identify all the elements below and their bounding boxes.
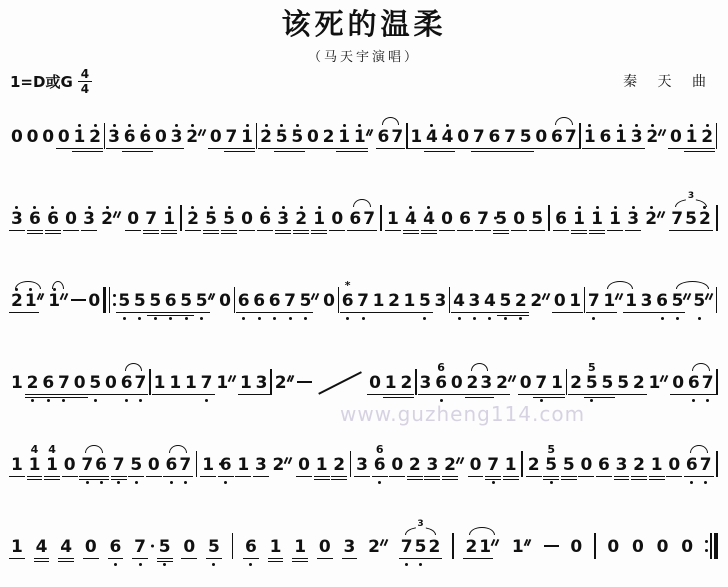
note-number: 3 xyxy=(419,373,433,393)
note-number: 6 xyxy=(164,291,178,311)
note-token: 7 xyxy=(178,444,192,485)
note-number: 7 xyxy=(134,373,148,393)
octave-dot-above-area xyxy=(246,116,249,127)
beam-underline xyxy=(623,312,639,313)
note-number: 1 xyxy=(28,455,42,475)
beam-underline xyxy=(433,394,449,395)
note-token: 1 xyxy=(236,444,250,485)
note-number-wrap: 1 xyxy=(215,373,229,392)
note-number-wrap: 7 xyxy=(57,373,71,392)
note-number: 1 xyxy=(608,209,622,229)
note-token: 4 xyxy=(404,198,418,239)
score: 0000123660320712550211671440767506716132… xyxy=(0,95,728,587)
note-number-wrap: 1 xyxy=(608,209,622,228)
note-number-wrap: 0 xyxy=(469,455,483,474)
beam-underline xyxy=(181,558,197,559)
note-number: 2 xyxy=(632,455,646,475)
beam-underline xyxy=(167,394,183,395)
beam-underline xyxy=(629,148,645,149)
octave-dot-above-area xyxy=(703,198,706,209)
beam-underline xyxy=(27,476,43,477)
note-number-wrap: 2 xyxy=(514,291,528,310)
note-token: 0 xyxy=(512,198,526,239)
note-number: 0 xyxy=(669,127,683,147)
note-token: 6 xyxy=(123,116,137,157)
note-token: 1 xyxy=(239,362,253,403)
note-number: 7 xyxy=(362,209,376,229)
note-number: 6 xyxy=(550,127,564,147)
note-token: 1 xyxy=(384,362,398,403)
octave-dot-below xyxy=(205,399,208,402)
note-number: 5 xyxy=(204,209,218,229)
octave-dot-above-area xyxy=(318,198,321,209)
note-number-wrap: 0 xyxy=(631,537,645,556)
beam-underline xyxy=(238,394,254,395)
note-token: 1 xyxy=(572,198,586,239)
note-number: 3 xyxy=(10,209,24,229)
note-number: 6 xyxy=(268,291,282,311)
note-token: 55 xyxy=(585,362,599,403)
duration-dash xyxy=(297,381,312,383)
note-number-wrap: 6 xyxy=(268,291,282,310)
note-token: 0 xyxy=(182,526,196,567)
beam-underline xyxy=(561,479,577,480)
note-number: 6 xyxy=(237,291,251,311)
octave-dot-below xyxy=(419,563,422,566)
note-number: 1 xyxy=(384,373,398,393)
note-number-wrap: 0 xyxy=(63,455,77,474)
note-token: 3 xyxy=(419,362,433,403)
octave-dot-above-area xyxy=(33,198,36,209)
note-token: 2 xyxy=(466,362,480,403)
note-number: 2 xyxy=(367,537,381,557)
note-number-wrap: 7 xyxy=(400,537,414,556)
beam-underline xyxy=(455,148,471,149)
note-number: 1 xyxy=(73,127,87,147)
note-number-wrap: 7 xyxy=(356,291,370,310)
note-number: 1 xyxy=(312,209,326,229)
barline xyxy=(449,287,451,313)
note-number-wrap: 2 xyxy=(399,373,413,392)
note-number-wrap: 5 xyxy=(519,127,533,146)
octave-dot-below xyxy=(698,317,701,320)
note-number-wrap: 5 xyxy=(204,209,218,228)
octave-dot-below xyxy=(62,399,65,402)
vibrato-mark xyxy=(288,375,293,382)
note-token: 4 xyxy=(422,198,436,239)
note-number: 0 xyxy=(87,291,101,311)
note-token: 0 xyxy=(680,526,694,567)
note-number: 1 xyxy=(184,373,198,393)
note-number: 2 xyxy=(700,127,714,147)
beam-underline xyxy=(34,558,50,559)
note-number-wrap: 1 xyxy=(337,127,351,146)
note-number-wrap: 0 xyxy=(656,537,670,556)
note-token: 6 xyxy=(120,362,134,403)
barline xyxy=(716,123,718,149)
octave-dot-above-area xyxy=(29,280,32,291)
repeat-start-sign xyxy=(103,287,116,313)
octave-dot-below xyxy=(423,317,426,320)
note-number: 1 xyxy=(315,455,329,475)
note-number-wrap: 5 xyxy=(585,373,599,392)
octave-dot-above-area xyxy=(650,198,653,209)
note-number-wrap: 0 xyxy=(569,537,583,556)
note-number: 1 xyxy=(353,127,367,147)
beam-underline xyxy=(494,394,510,395)
note-number: 7 xyxy=(587,291,601,311)
note-number: 1 xyxy=(685,127,699,147)
note-number-wrap: 0 xyxy=(456,127,470,146)
note-token: 7 xyxy=(486,444,500,485)
note-number-wrap: 2 xyxy=(466,373,480,392)
note-number: 7 xyxy=(400,537,414,557)
note-number-wrap: 1 xyxy=(162,209,176,228)
note-number: 1 xyxy=(240,127,254,147)
note-number-wrap: 7 xyxy=(564,127,578,146)
note-number-wrap: 7 xyxy=(472,127,486,146)
beam-underline xyxy=(40,397,56,398)
beam-underline xyxy=(670,312,686,313)
octave-dot-below xyxy=(504,317,507,320)
octave-dot-above-area xyxy=(343,116,346,127)
vibrato-mark xyxy=(114,211,119,218)
note-number-wrap: 1 xyxy=(685,127,699,146)
note-number: 6 xyxy=(252,291,266,311)
beam-underline xyxy=(293,230,309,231)
note-token: 2 xyxy=(274,362,288,403)
note-token: 2 xyxy=(294,198,308,239)
note-number: 0 xyxy=(64,209,78,229)
note-token: 0 xyxy=(63,444,77,485)
note-number: 1 xyxy=(168,373,182,393)
tuplet-number: 3 xyxy=(415,520,425,529)
note-token: 3 xyxy=(170,116,184,157)
note-number-wrap: 2 xyxy=(632,455,646,474)
note-token: 2 xyxy=(322,116,336,157)
note-number: 6 xyxy=(458,209,472,229)
beam-underline xyxy=(442,479,458,480)
beam-underline xyxy=(451,312,467,313)
note-number: 2 xyxy=(443,455,457,475)
octave-dot-above-area xyxy=(175,116,178,127)
note-token: 5 xyxy=(204,198,218,239)
note-number-wrap: 6 xyxy=(341,291,355,310)
beam-underline xyxy=(185,230,201,231)
octave-dot-above-area xyxy=(15,280,18,291)
note-number: 3 xyxy=(276,209,290,229)
note-token: 3 xyxy=(479,362,493,403)
note-number: 0 xyxy=(182,537,196,557)
beam-underline xyxy=(275,233,291,234)
beam-underline xyxy=(321,148,337,149)
note-token: 2 xyxy=(367,526,381,567)
note-number: 0 xyxy=(126,209,140,229)
vibrato-mark xyxy=(658,211,663,218)
slur-group: 67 xyxy=(348,198,376,239)
note-token: 0 xyxy=(297,444,311,485)
note-number: 3 xyxy=(615,455,629,475)
note-token: 7 xyxy=(400,526,414,567)
beam-underline xyxy=(34,561,50,562)
beam-underline xyxy=(157,561,173,562)
note-number-wrap: 1 xyxy=(602,291,616,310)
octave-dot-above-area xyxy=(358,116,361,127)
note-number: 1 xyxy=(590,209,604,229)
note-token: 1 xyxy=(353,116,367,157)
note-number-wrap: 1 xyxy=(353,127,367,146)
beam-underline xyxy=(9,476,25,477)
beam-underline xyxy=(601,312,617,313)
note-number: 7 xyxy=(390,127,404,147)
beam-underline xyxy=(567,312,583,313)
note-number-wrap: 2 xyxy=(259,127,273,146)
note-number-wrap: 5 xyxy=(148,291,162,310)
beam-underline xyxy=(614,479,630,480)
beam-underline xyxy=(293,233,309,234)
note-token: 2 xyxy=(427,526,441,567)
note-token: 5 xyxy=(616,362,630,403)
note-number-wrap: 6 xyxy=(120,373,134,392)
note-number-wrap: 4 xyxy=(422,209,436,228)
note-number-wrap: 3 xyxy=(640,291,654,310)
octave-dot-below xyxy=(273,317,276,320)
note-number: 1 xyxy=(10,537,24,557)
note-number: 2 xyxy=(259,127,273,147)
note-number: 4 xyxy=(422,209,436,229)
barline xyxy=(104,123,106,149)
note-number: 5 xyxy=(494,209,508,229)
beam-underline xyxy=(533,397,549,398)
note-number: 3 xyxy=(630,127,644,147)
note-token: 0 xyxy=(656,526,670,567)
beam-underline xyxy=(132,558,148,559)
note-number-wrap: 0 xyxy=(669,127,683,146)
note-number: 7 xyxy=(133,537,147,557)
note-number: 7 xyxy=(356,291,370,311)
barline xyxy=(716,205,718,231)
beam-underline xyxy=(372,476,388,477)
note-token: 1 xyxy=(409,116,423,157)
beam-underline xyxy=(440,148,456,149)
beam-underline xyxy=(589,230,605,231)
beam-underline xyxy=(311,230,327,231)
barline xyxy=(256,123,258,149)
vibrato-mark xyxy=(61,293,66,300)
note-number-wrap: 0 xyxy=(671,373,685,392)
note-number: 7 xyxy=(472,127,486,147)
note-token: 6 xyxy=(268,280,282,321)
beam-underline xyxy=(424,476,440,477)
beam-underline xyxy=(670,394,686,395)
note-number-wrap: 5 xyxy=(207,537,221,556)
note-token: 0 xyxy=(569,526,583,567)
note-number-wrap: 3 xyxy=(276,209,290,228)
note-number: 6 xyxy=(164,455,178,475)
note-token: 2 xyxy=(259,116,273,157)
repeat-dots xyxy=(113,294,116,306)
note-number-wrap: 2 xyxy=(427,537,441,556)
note-number-wrap: 0 xyxy=(667,455,681,474)
note-token: 0 xyxy=(64,198,78,239)
octave-dot-above-area xyxy=(144,116,147,127)
slur-group: 11 xyxy=(602,280,638,321)
note-number: 2 xyxy=(10,291,24,311)
note-number: 6 xyxy=(341,291,355,311)
octave-dot-below xyxy=(550,481,553,484)
note-token: 2 xyxy=(26,362,40,403)
note-token: 2 xyxy=(332,444,346,485)
tuplet-group: 7523 xyxy=(670,198,712,239)
beam-underline xyxy=(72,394,88,395)
note-number-wrap: 1 xyxy=(24,291,38,310)
beam-underline xyxy=(45,230,61,231)
note-number-wrap: 7 xyxy=(503,127,517,146)
octave-dot-below xyxy=(224,481,227,484)
note-token: 6 xyxy=(164,444,178,485)
note-token: 2 xyxy=(632,362,646,403)
note-token: 7 xyxy=(564,116,578,157)
tuplet-number: 3 xyxy=(686,192,696,201)
music-line: 21105556550666750*6712153434522017113655 xyxy=(2,259,726,341)
beam-underline xyxy=(63,230,79,231)
note-number-wrap: 1 xyxy=(614,127,628,146)
note-number-wrap: 3 xyxy=(419,373,433,392)
note-number: 5 xyxy=(290,127,304,147)
music-line: 366032071255063210671440675056111327523 xyxy=(2,177,726,259)
octave-dot-below xyxy=(100,481,103,484)
note-token: 5 xyxy=(519,116,533,157)
beam-underline xyxy=(543,476,559,477)
note-number-wrap: 1 xyxy=(478,537,492,556)
note-number: 1 xyxy=(215,373,229,393)
watermark: www.guzheng114.com xyxy=(340,402,585,426)
note-token: 7 xyxy=(699,444,713,485)
note-token: 0 xyxy=(330,198,344,239)
note-number: 2 xyxy=(569,373,583,393)
beam-underline xyxy=(253,476,269,477)
time-signature: 4 4 xyxy=(78,68,92,95)
note-token: 6 xyxy=(377,116,391,157)
note-token: 1 xyxy=(685,116,699,157)
note-token: 7 xyxy=(134,362,148,403)
note-number: 6 xyxy=(120,373,134,393)
note-token: 1 xyxy=(168,362,182,403)
note-token: 7 xyxy=(701,362,715,403)
note-number: 2 xyxy=(387,291,401,311)
octave-dot-above-area xyxy=(409,198,412,209)
note-number: 0 xyxy=(41,127,55,147)
note-number: 6 xyxy=(434,373,448,393)
note-token: 1 xyxy=(478,526,492,567)
octave-dot-below xyxy=(94,399,97,402)
beam-underline xyxy=(563,148,579,149)
octave-dot-above-area xyxy=(191,116,194,127)
note-number: 2 xyxy=(514,291,528,311)
octave-dot-below xyxy=(125,399,128,402)
note-token: 7 xyxy=(503,116,517,157)
note-token: 1 xyxy=(10,526,24,567)
note-number-wrap: 6 xyxy=(164,291,178,310)
note-token: 6 xyxy=(164,280,178,321)
note-number-wrap: 1 xyxy=(240,127,254,146)
octave-dot-above-area xyxy=(632,198,635,209)
note-number: 6 xyxy=(377,127,391,147)
beam-underline xyxy=(93,479,109,480)
note-number-wrap: 1 xyxy=(73,127,87,146)
note-number: 0 xyxy=(512,209,526,229)
note-number-wrap: 0 xyxy=(368,373,382,392)
note-token: 2 xyxy=(495,362,509,403)
beam-underline xyxy=(596,476,612,477)
note-token: 5 xyxy=(117,280,131,321)
beam-underline xyxy=(553,230,569,231)
vibrato-mark xyxy=(285,457,290,464)
note-number: 0 xyxy=(84,537,98,557)
note-number: 6 xyxy=(46,209,60,229)
note-number: 6 xyxy=(655,291,669,311)
note-number: 4 xyxy=(425,127,439,147)
note-number-wrap: 5 xyxy=(275,127,289,146)
note-number: 0 xyxy=(209,127,223,147)
note-number: 5 xyxy=(414,537,428,557)
note-number-wrap: 7 xyxy=(283,291,297,310)
octave-dot-below xyxy=(704,481,707,484)
duration-dash xyxy=(71,299,86,301)
key-label: 1=D或G xyxy=(10,71,73,92)
note-number-wrap: 2 xyxy=(700,127,714,146)
beam-underline xyxy=(108,558,124,559)
note-token: 5 xyxy=(562,444,576,485)
octave-dot-below xyxy=(473,317,476,320)
beam-underline xyxy=(331,479,347,480)
beam-underline xyxy=(631,394,647,395)
note-token: 5 xyxy=(299,280,313,321)
note-number-wrap: 0 xyxy=(87,291,101,310)
note-token: 1 xyxy=(312,198,326,239)
note-number: 1 xyxy=(24,291,38,311)
note-token: 41 xyxy=(28,444,42,485)
note-number: 6 xyxy=(219,455,233,475)
note-number-wrap: 1 xyxy=(10,455,24,474)
note-token: 1 xyxy=(73,116,87,157)
note-number-wrap: 7 xyxy=(178,455,192,474)
note-number: 1 xyxy=(478,537,492,557)
note-token: 2 xyxy=(645,116,659,157)
octave-dot-above-area xyxy=(619,116,622,127)
note-number: 0 xyxy=(154,127,168,147)
beam-underline xyxy=(502,148,518,149)
beam-underline xyxy=(502,151,518,152)
note-number: 0 xyxy=(671,373,685,393)
beam-underline xyxy=(684,151,700,152)
note-token: 3 xyxy=(10,198,24,239)
note-number: 5 xyxy=(498,291,512,311)
note-token: 0 xyxy=(534,116,548,157)
vibrato-mark xyxy=(684,293,689,300)
repeat-end-sign xyxy=(705,533,718,559)
note-number: 3 xyxy=(626,209,640,229)
note-number: 0 xyxy=(534,127,548,147)
note-number-wrap: 0 xyxy=(390,455,404,474)
note-number-wrap: 2 xyxy=(272,455,286,474)
note-number: 5 xyxy=(544,455,558,475)
note-token: 6 xyxy=(109,526,123,567)
beam-underline xyxy=(526,476,542,477)
note-number-wrap: 1 xyxy=(624,291,638,310)
beam-underline xyxy=(157,558,173,559)
note-number-wrap: 0 xyxy=(57,127,71,146)
